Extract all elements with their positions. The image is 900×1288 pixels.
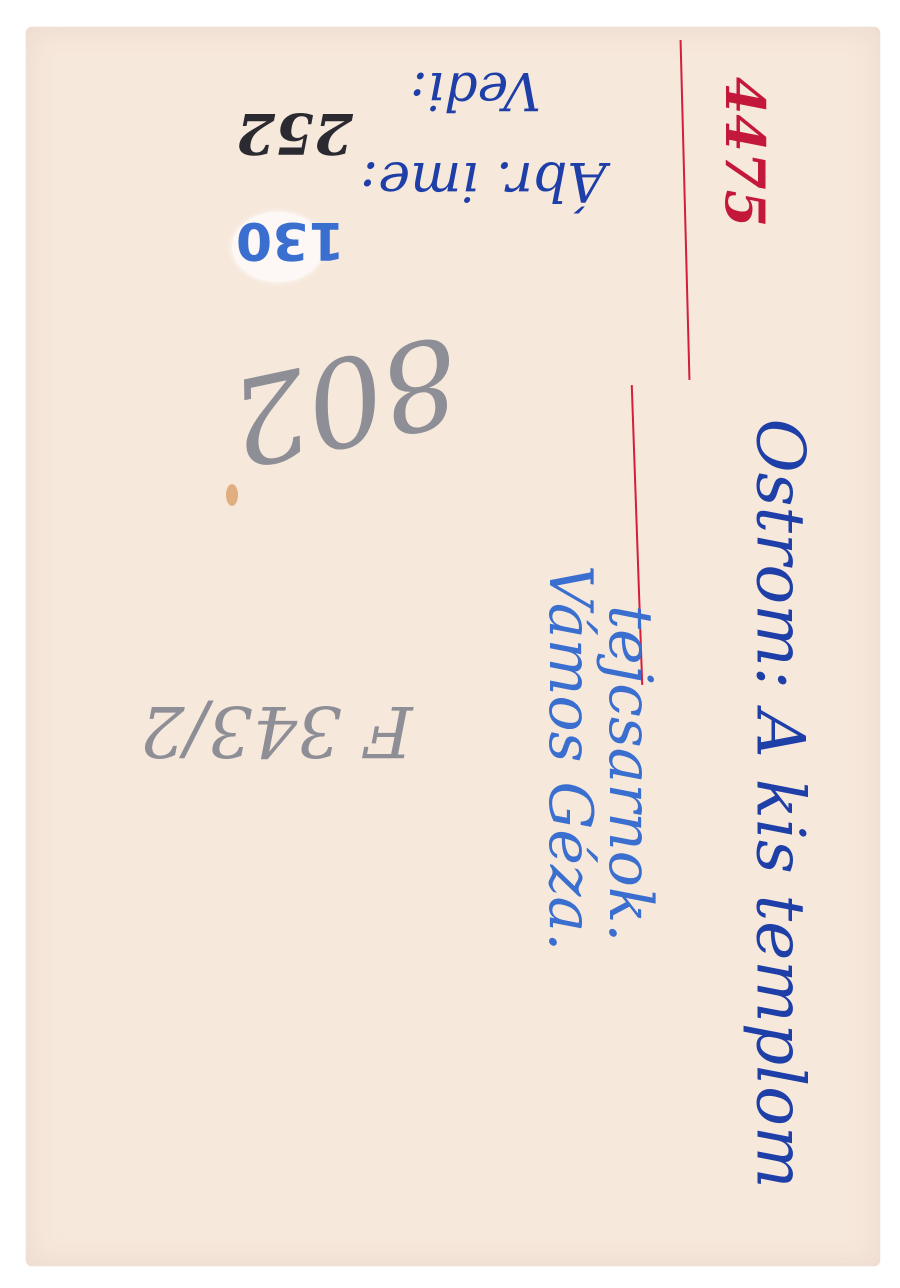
sticker-number: 130 <box>236 210 345 270</box>
caption-line-3: Vámos Géza. <box>535 565 605 925</box>
red-catalog-number: 4475 <box>713 77 777 227</box>
label-vedi: Vedi: <box>410 60 541 120</box>
caption-line-2: tejcsarnok. <box>595 605 665 905</box>
caption-line-1: Ostrom: A kis templom <box>742 419 819 1179</box>
stain-spot <box>226 484 238 506</box>
black-number: 252 <box>236 100 353 166</box>
label-abr-ime: Ábr. ime: <box>360 150 606 213</box>
pencil-catalog-number: F 343/2 <box>140 690 413 772</box>
